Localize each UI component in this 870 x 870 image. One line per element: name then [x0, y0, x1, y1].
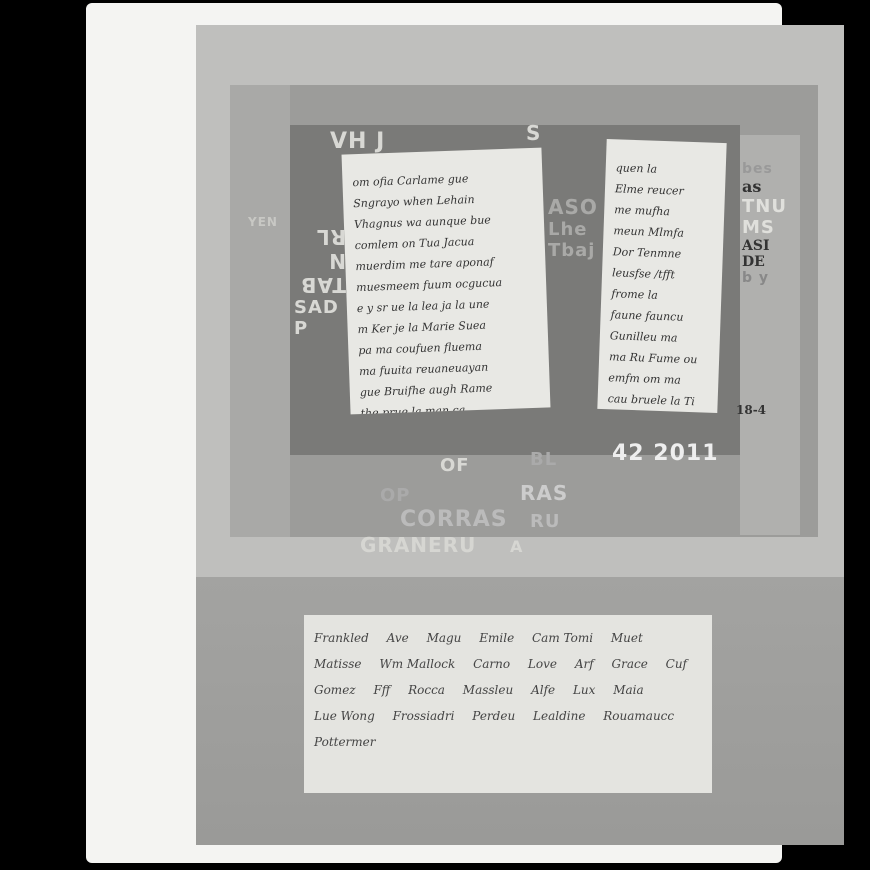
signature: Maia	[613, 677, 643, 703]
signature: Cam Tomi	[532, 625, 593, 651]
signature: Emile	[479, 625, 514, 651]
handwritten-page-right: quen la Elme reucer me mufha meun Mlmfa …	[597, 139, 726, 413]
stencil-center-column: ASO Lhe Tbaj	[548, 195, 602, 261]
signature: Massleu	[463, 677, 513, 703]
stencil-lower-numbers: 42 2011	[612, 441, 719, 466]
signature-panel: Frankled Ave Magu Emile Cam Tomi Muet Ma…	[304, 615, 712, 793]
photograph: VH J S YEN N RL TAB SAD P ASO Lhe Tbaj b…	[196, 25, 844, 845]
stencil-top-center: S	[526, 121, 541, 145]
signature: Pottermer	[314, 729, 376, 755]
signature: Lux	[573, 677, 595, 703]
signature: Lue Wong	[314, 703, 375, 729]
signature: Frankled	[314, 625, 369, 651]
signature: Matisse	[314, 651, 362, 677]
canvas-left-strip	[230, 85, 290, 537]
artwork-canvas: VH J S YEN N RL TAB SAD P ASO Lhe Tbaj b…	[230, 85, 818, 537]
signature: Magu	[427, 625, 462, 651]
signature: Perdeu	[472, 703, 515, 729]
signature: Gomez	[314, 677, 356, 703]
signature: Wm Mallock	[379, 651, 455, 677]
stencil-left-faint: YEN	[248, 215, 278, 229]
signature: Ave	[387, 625, 409, 651]
signature: Grace	[612, 651, 648, 677]
signature: Muet	[611, 625, 643, 651]
stencil-right-number: 18-4	[736, 403, 766, 417]
stencil-left-column: N RL TAB SAD P	[294, 225, 346, 339]
signature: Lealdine	[533, 703, 585, 729]
signature: Love	[528, 651, 557, 677]
signature: Fff	[373, 677, 390, 703]
signature: Rocca	[408, 677, 445, 703]
stencil-right-column: bes as TNU MS ASI DE b y	[742, 161, 802, 286]
signature: Frossiadri	[393, 703, 455, 729]
signature: Carno	[473, 651, 510, 677]
signature: Alfe	[531, 677, 555, 703]
photo-print: VH J S YEN N RL TAB SAD P ASO Lhe Tbaj b…	[86, 3, 782, 863]
signature: Rouamaucc	[603, 703, 674, 729]
stencil-top-left: VH J	[330, 129, 385, 154]
signature: Arf	[575, 651, 594, 677]
signature: Cuf	[666, 651, 687, 677]
handwritten-page-left: om ofia Carlame gue Sngrayo when Lehain …	[342, 148, 551, 415]
